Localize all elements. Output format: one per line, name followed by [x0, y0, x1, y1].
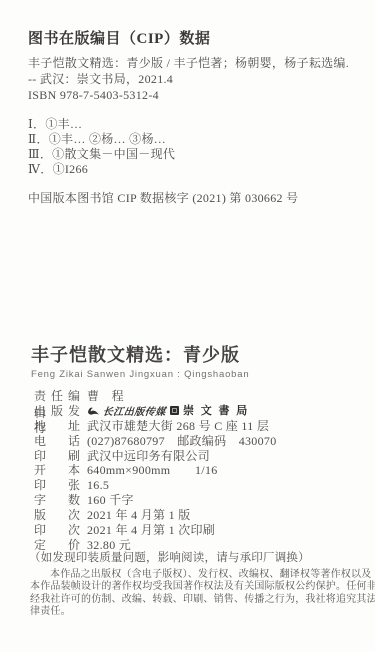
cip-isbn-line: ISBN 978-7-5403-5312-4 [28, 87, 353, 103]
copyright-notice-line: 本作品装帧设计的著作权均受我国著作权法及有关国际版权公约保护。任何非 [30, 581, 347, 593]
cip-description-line: 丰子恺散文精选：青少版 / 丰子恺著；杨朝婴，杨子耘选编. [28, 55, 353, 71]
colophon-value: 640mm×900mm 1/16 [87, 461, 218, 478]
book-title-block: 丰子恺散文精选：青少版 Feng Zikai Sanwen Jingxuan :… [31, 344, 249, 381]
colophon-row-printer: 印刷 武汉中远印务有限公司 [34, 447, 357, 462]
copyright-notice-line: 本作品之出版权（含电子版权）、发行权、改编权、翻译权等著作权以及 [30, 569, 347, 581]
chongwen-seal-icon [170, 406, 179, 415]
copyright-notice: 本作品之出版权（含电子版权）、发行权、改编权、翻译权等著作权以及 本作品装帧设计… [30, 569, 347, 618]
colophon-row-format: 开本 640mm×900mm 1/16 [34, 461, 357, 476]
changjiang-wave-icon [87, 406, 99, 415]
book-title-pinyin: Feng Zikai Sanwen Jingxuan : Qingshaoban [31, 369, 249, 381]
colophon-table: 责任编辑 曹 程 出版发行 长江出版传媒 崇 文 書 局 地址 武汉市雄楚大街 … [34, 387, 357, 551]
book-copyright-page: { "colors": { "ink": "#514e48", "backgro… [0, 0, 375, 652]
colophon-row-phone: 电话 (027)87680797 邮政编码 430070 [34, 432, 357, 447]
cip-classification: Ⅰ．①丰… Ⅱ．①丰… ②杨… ③杨… Ⅲ．①散文集－中国－现代 Ⅳ．①I266 [28, 117, 353, 177]
copyright-notice-line: 律责任。 [30, 606, 347, 618]
colophon-row-sheets: 印张 16.5 [34, 476, 357, 491]
colophon-row-address: 地址 武汉市雄楚大街 268 号 C 座 11 层 [34, 417, 357, 432]
cip-classification-line: Ⅳ．①I266 [28, 162, 353, 177]
cip-description-line: -- 武汉：崇文书局，2021.4 [28, 71, 353, 87]
publisher-group-name: 长江出版传媒 [102, 403, 167, 418]
colophon-row-wordcount: 字数 160 千字 [34, 491, 357, 506]
cip-registry-number: 中国版本图书馆 CIP 数据核字 (2021) 第 030662 号 [28, 191, 353, 206]
colophon-row-editor: 责任编辑 曹 程 [34, 387, 357, 402]
colophon-row-impression: 印次 2021 年 4 月第 1 次印刷 [34, 521, 357, 536]
cip-classification-line: Ⅱ．①丰… ②杨… ③杨… [28, 132, 353, 147]
cip-data-block: 图书在版编目（CIP）数据 丰子恺散文精选：青少版 / 丰子恺著；杨朝婴，杨子耘… [28, 30, 353, 206]
book-title: 丰子恺散文精选：青少版 [31, 344, 249, 366]
copyright-notice-line: 经我社许可的仿制、改编、转载、印刷、销售、传播之行为，我社将追究其法 [30, 594, 347, 606]
cip-classification-line: Ⅰ．①丰… [28, 117, 353, 132]
cip-classification-line: Ⅲ．①散文集－中国－现代 [28, 147, 353, 162]
colophon-row-publisher: 出版发行 长江出版传媒 崇 文 書 局 [34, 402, 357, 417]
cip-description: 丰子恺散文精选：青少版 / 丰子恺著；杨朝婴，杨子耘选编. -- 武汉：崇文书局… [28, 55, 353, 103]
cip-header: 图书在版编目（CIP）数据 [28, 30, 353, 48]
print-quality-note: （如发现印装质量问题，影响阅读，请与承印厂调换） [29, 549, 310, 565]
colophon-row-edition: 版次 2021 年 4 月第 1 版 [34, 506, 357, 521]
